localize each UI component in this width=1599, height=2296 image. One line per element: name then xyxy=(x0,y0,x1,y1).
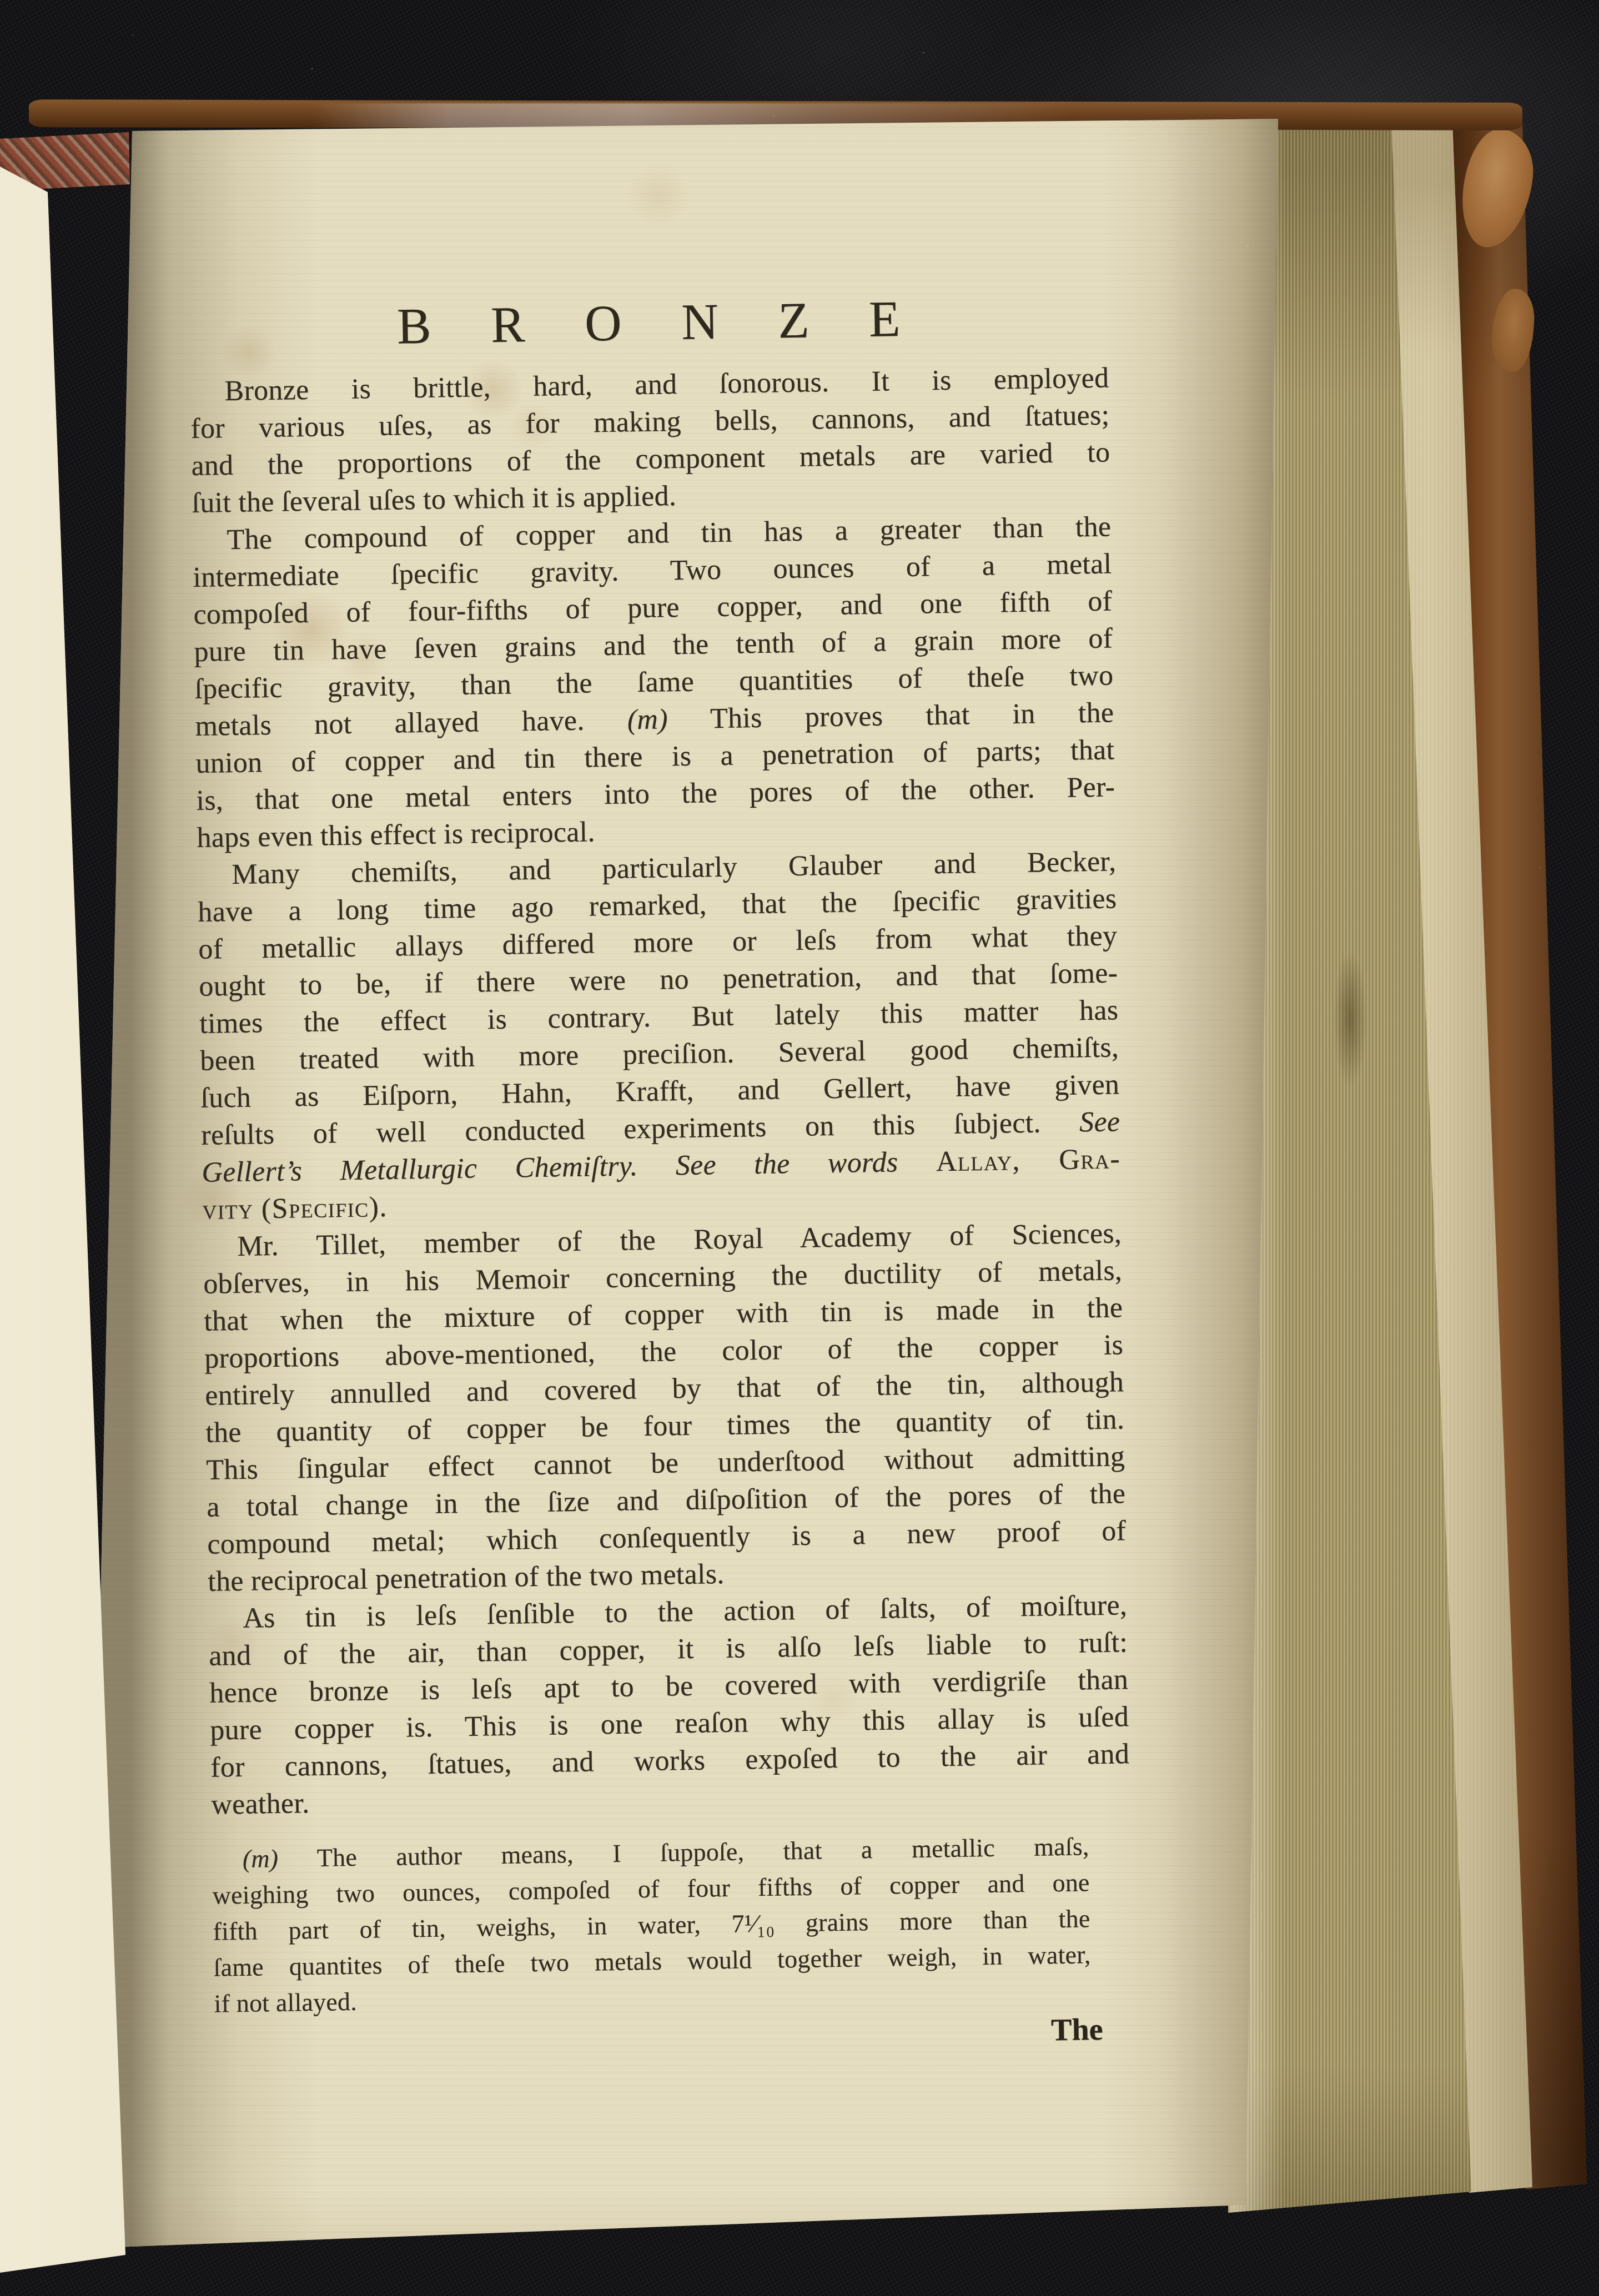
text-segment: the reciprocal penetration of the two me… xyxy=(208,1558,725,1598)
text-segment: if not allayed. xyxy=(214,1987,357,2018)
catchword: The xyxy=(1051,2012,1103,2047)
text-segment: This proves that in the xyxy=(667,697,1114,735)
text-segment: Allay, Gra- xyxy=(936,1143,1120,1177)
screenshot-root: { "scene": { "background": "#121214", "p… xyxy=(0,0,1599,2296)
page-body: Bronze is brittle, hard, and ſonorous. I… xyxy=(190,359,1130,1823)
text-segment: metals not allayed have. xyxy=(195,704,627,742)
text-segment: (m) xyxy=(242,1844,278,1873)
text-segment: weather. xyxy=(211,1788,310,1821)
text-segment: ſuit the ſeveral uſes to which it is app… xyxy=(192,480,676,519)
text-segment: (m) xyxy=(627,703,668,736)
text-segment: haps even this effect is reciprocal. xyxy=(197,816,595,854)
text-segment: vity (Specific). xyxy=(202,1191,388,1226)
footnote: (m) The author means, I ſuppoſe, that a … xyxy=(212,1828,1092,2021)
dust-specks xyxy=(0,0,1,1)
page-text-block: B R O N Z E Bronze is brittle, hard, and… xyxy=(189,286,1134,2060)
book-photo: B R O N Z E Bronze is brittle, hard, and… xyxy=(0,0,1599,2296)
text-segment: See xyxy=(1079,1106,1120,1138)
